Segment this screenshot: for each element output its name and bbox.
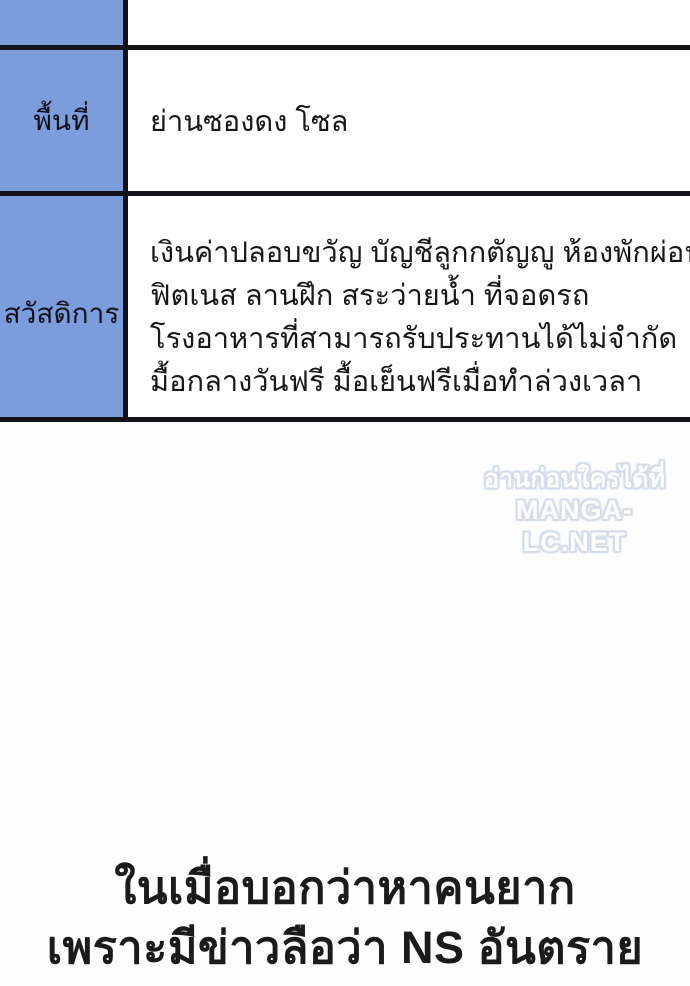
table-row: พื้นที่ ย่านซองดง โซล	[0, 50, 690, 196]
benefit-line: มื้อกลางวันฟรี มื้อเย็นฟรีเมื่อทำล่วงเวล…	[150, 361, 690, 404]
manga-page: พื้นที่ ย่านซองดง โซล สวัสดิการ เงินค่าป…	[0, 0, 690, 986]
row-value-cell	[128, 0, 690, 45]
benefit-line: เงินค่าปลอบขวัญ บัญชีลูกกตัญญู ห้องพักผ่…	[150, 232, 690, 275]
row-value-area: ย่านซองดง โซล	[128, 50, 690, 191]
watermark-tagline: อ่านก่อนใครได้ที่	[467, 464, 682, 494]
watermark-site-name: MANGA-LC.NET	[467, 494, 682, 558]
site-watermark: อ่านก่อนใครได้ที่ MANGA-LC.NET	[467, 464, 682, 558]
caption-line-2: เพราะมีข่าวลือว่า NS อันตราย	[0, 918, 690, 978]
area-value-text: ย่านซองดง โซล	[150, 98, 690, 144]
benefit-line: ฟิตเนส ลานฝึก สระว่ายน้ำ ที่จอดรถ	[150, 275, 690, 318]
caption-line-1: ในเมื่อบอกว่าหาคนยาก	[0, 858, 690, 918]
row-value-benefits: เงินค่าปลอบขวัญ บัญชีลูกกตัญญู ห้องพักผ่…	[128, 196, 690, 417]
job-info-table: พื้นที่ ย่านซองดง โซล สวัสดิการ เงินค่าป…	[0, 0, 690, 422]
narration-caption: ในเมื่อบอกว่าหาคนยาก เพราะมีข่าวลือว่า N…	[0, 858, 690, 978]
row-label-area: พื้นที่	[0, 50, 128, 191]
row-label-benefits: สวัสดิการ	[0, 196, 128, 417]
row-label-cell	[0, 0, 128, 45]
benefit-line: โรงอาหารที่สามารถรับประทานได้ไม่จำกัด	[150, 318, 690, 361]
table-row: สวัสดิการ เงินค่าปลอบขวัญ บัญชีลูกกตัญญู…	[0, 196, 690, 422]
table-row	[0, 0, 690, 50]
